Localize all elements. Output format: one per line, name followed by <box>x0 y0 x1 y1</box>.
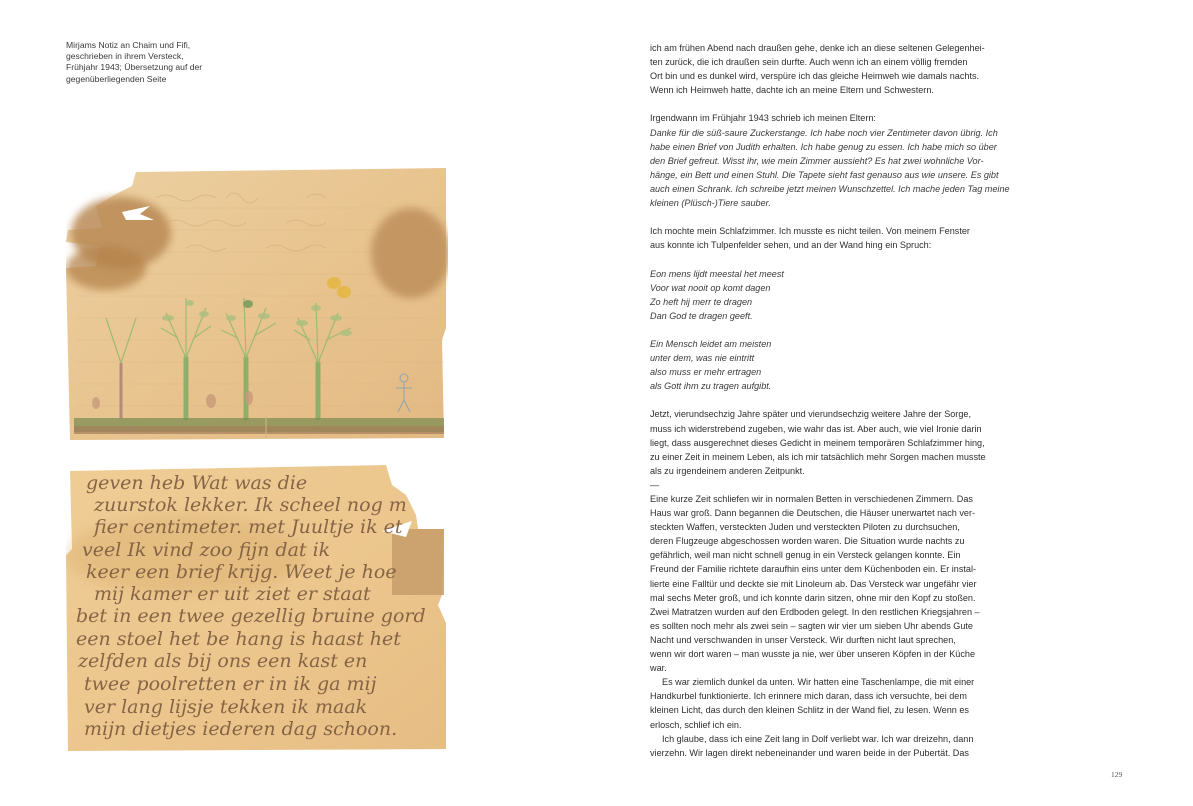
text-line: Zwei Matratzen wurden auf den Erdboden g… <box>650 605 1000 619</box>
text-line: wenn wir dort waren – man wusste ja nie,… <box>650 647 1000 661</box>
text-line: ich am frühen Abend nach draußen gehe, d… <box>650 41 1000 55</box>
svg-text:mij kamer er uit ziet er staat: mij kamer er uit ziet er staat <box>94 583 371 605</box>
poem-line: also muss er mehr ertragen <box>650 365 1000 379</box>
text-line: mal sechs Meter groß, und ich konnte dar… <box>650 591 1000 605</box>
svg-text:twee poolretten er in ik ga mi: twee poolretten er in ik ga mij <box>84 673 377 695</box>
svg-text:ver lang lijsje tekken ik maak: ver lang lijsje tekken ik maak <box>84 696 367 718</box>
text-line: Freund der Familie richtete daraufhin ei… <box>650 562 1000 576</box>
text-line: steckten Waffen, versteckten Juden und v… <box>650 520 1000 534</box>
poem-line: Zo heft hij merr te dragen <box>650 295 1000 309</box>
svg-text:veel Ik vind zoo fijn dat ik: veel Ik vind zoo fijn dat ik <box>82 539 330 561</box>
text-line: aus konnte ich Tulpenfelder sehen, und a… <box>650 238 1000 252</box>
text-line: Ort bin und es dunkel wird, verspüre ich… <box>650 69 1000 83</box>
caption-line: gegenüberliegenden Seite <box>66 74 246 85</box>
paragraph: Irgendwann im Frühjahr 1943 schrieb ich … <box>650 111 1000 210</box>
section-separator: — <box>650 478 1000 492</box>
text-line: war. <box>650 661 1000 675</box>
text-line: Ich mochte mein Schlafzimmer. Ich musste… <box>650 224 1000 238</box>
text-line: als zu irgendeinem anderen Zeitpunkt. <box>650 464 1000 478</box>
image-caption: Mirjams Notiz an Chaim und Fifi, geschri… <box>66 40 246 85</box>
quoted-letter-line: kleinen (Plüsch-)Tiere sauber. <box>650 196 1000 210</box>
text-line: es sollten noch mehr als zwei sein – sag… <box>650 619 1000 633</box>
svg-text:zelfden als bij ons een kast e: zelfden als bij ons een kast en <box>77 650 367 672</box>
quoted-letter-line: habe einen Brief von Judith erhalten. Ic… <box>650 140 1000 154</box>
poem-dutch: Eon mens lijdt meestal het meest Voor wa… <box>650 267 1000 323</box>
text-line: deren Flugzeuge abgeschossen worden ware… <box>650 534 1000 548</box>
svg-text:zuurstok lekker. Ik scheel nog: zuurstok lekker. Ik scheel nog m <box>93 494 407 516</box>
text-line: Wenn ich Heimweh hatte, dachte ich an me… <box>650 83 1000 97</box>
text-line: erlosch, schlief ich ein. <box>650 718 1000 732</box>
svg-text:keer een brief krijg. Weet je: keer een brief krijg. Weet je hoe <box>86 561 397 583</box>
text-line: lierte eine Falltür und deckte sie mit L… <box>650 577 1000 591</box>
poem-line: Dan God te dragen geeft. <box>650 309 1000 323</box>
text-line: zu einer Zeit in meinem Leben, als ich m… <box>650 450 1000 464</box>
poem-line: Voor wat nooit op komt dagen <box>650 281 1000 295</box>
paragraph: Jetzt, vierundsechzig Jahre später und v… <box>650 407 1000 477</box>
caption-line: Frühjahr 1943; Übersetzung auf der <box>66 62 246 73</box>
text-line: kleinen Licht, das durch den kleinen Sch… <box>650 703 1000 717</box>
paragraph: Ich mochte mein Schlafzimmer. Ich musste… <box>650 224 1000 252</box>
poem-line: unter dem, was nie eintritt <box>650 351 1000 365</box>
text-line: Eine kurze Zeit schliefen wir in normale… <box>650 492 1000 506</box>
poem-german: Ein Mensch leidet am meisten unter dem, … <box>650 337 1000 393</box>
quoted-letter-line: hänge, ein Bett und einen Stuhl. Die Tap… <box>650 168 1000 182</box>
text-line: Nacht und verschwanden in unser Versteck… <box>650 633 1000 647</box>
caption-line: Mirjams Notiz an Chaim und Fifi, <box>66 40 246 51</box>
body-text-column: ich am frühen Abend nach draußen gehe, d… <box>650 41 1000 760</box>
text-line: vierzehn. Wir lagen direkt nebeneinander… <box>650 746 1000 760</box>
book-spread: Mirjams Notiz an Chaim und Fifi, geschri… <box>0 0 1193 806</box>
text-line: Jetzt, vierundsechzig Jahre später und v… <box>650 407 1000 421</box>
text-line: liegt, dass ausgerechnet dieses Gedicht … <box>650 436 1000 450</box>
text-line: Ich glaube, dass ich eine Zeit lang in D… <box>650 732 1000 746</box>
quoted-letter-line: den Brief gefreut. Wisst ihr, wie mein Z… <box>650 154 1000 168</box>
text-line: gefährlich, weil man nicht schnell genug… <box>650 548 1000 562</box>
caption-line: geschrieben in ihrem Versteck, <box>66 51 246 62</box>
quoted-letter-line: auch einen Schrank. Ich schreibe jetzt m… <box>650 182 1000 196</box>
svg-text:fier centimeter. met Juultje i: fier centimeter. met Juultje ik et <box>92 516 403 538</box>
text-line: muss ich widerstrebend zugeben, wie wahr… <box>650 422 1000 436</box>
handwritten-note-illustration: geven heb Wat was die zuurstok lekker. I… <box>66 465 448 757</box>
text-line: Haus war groß. Dann begannen die Deutsch… <box>650 506 1000 520</box>
paragraph: Ich glaube, dass ich eine Zeit lang in D… <box>650 732 1000 760</box>
paragraph: Es war ziemlich dunkel da unten. Wir hat… <box>650 675 1000 731</box>
poem-line: als Gott ihm zu tragen aufgibt. <box>650 379 1000 393</box>
svg-text:bet in een twee gezellig bruin: bet in een twee gezellig bruine gord <box>76 605 426 627</box>
paragraph: ich am frühen Abend nach draußen gehe, d… <box>650 41 1000 97</box>
svg-text:mijn dietjes iederen dag schoo: mijn dietjes iederen dag schoon. <box>84 718 397 740</box>
drawing-photo <box>66 168 448 443</box>
text-line: Es war ziemlich dunkel da unten. Wir hat… <box>650 675 1000 689</box>
poem-line: Eon mens lijdt meestal het meest <box>650 267 1000 281</box>
text-line: Handkurbel funktionierte. Ich erinnere m… <box>650 689 1000 703</box>
svg-text:een stoel het be hang is haast: een stoel het be hang is haast het <box>76 628 401 650</box>
poem-line: Ein Mensch leidet am meisten <box>650 337 1000 351</box>
text-line: ten zurück, die ich draußen sein durfte.… <box>650 55 1000 69</box>
svg-text:geven heb Wat was die: geven heb Wat was die <box>86 472 307 494</box>
paragraph: Eine kurze Zeit schliefen wir in normale… <box>650 492 1000 675</box>
quoted-letter-line: Danke für die süß-saure Zuckerstange. Ic… <box>650 126 1000 140</box>
text-line: Irgendwann im Frühjahr 1943 schrieb ich … <box>650 111 1000 125</box>
drawing-illustration <box>66 168 448 443</box>
handwritten-note-photo: geven heb Wat was die zuurstok lekker. I… <box>66 465 448 757</box>
page-number: 129 <box>1111 770 1122 779</box>
